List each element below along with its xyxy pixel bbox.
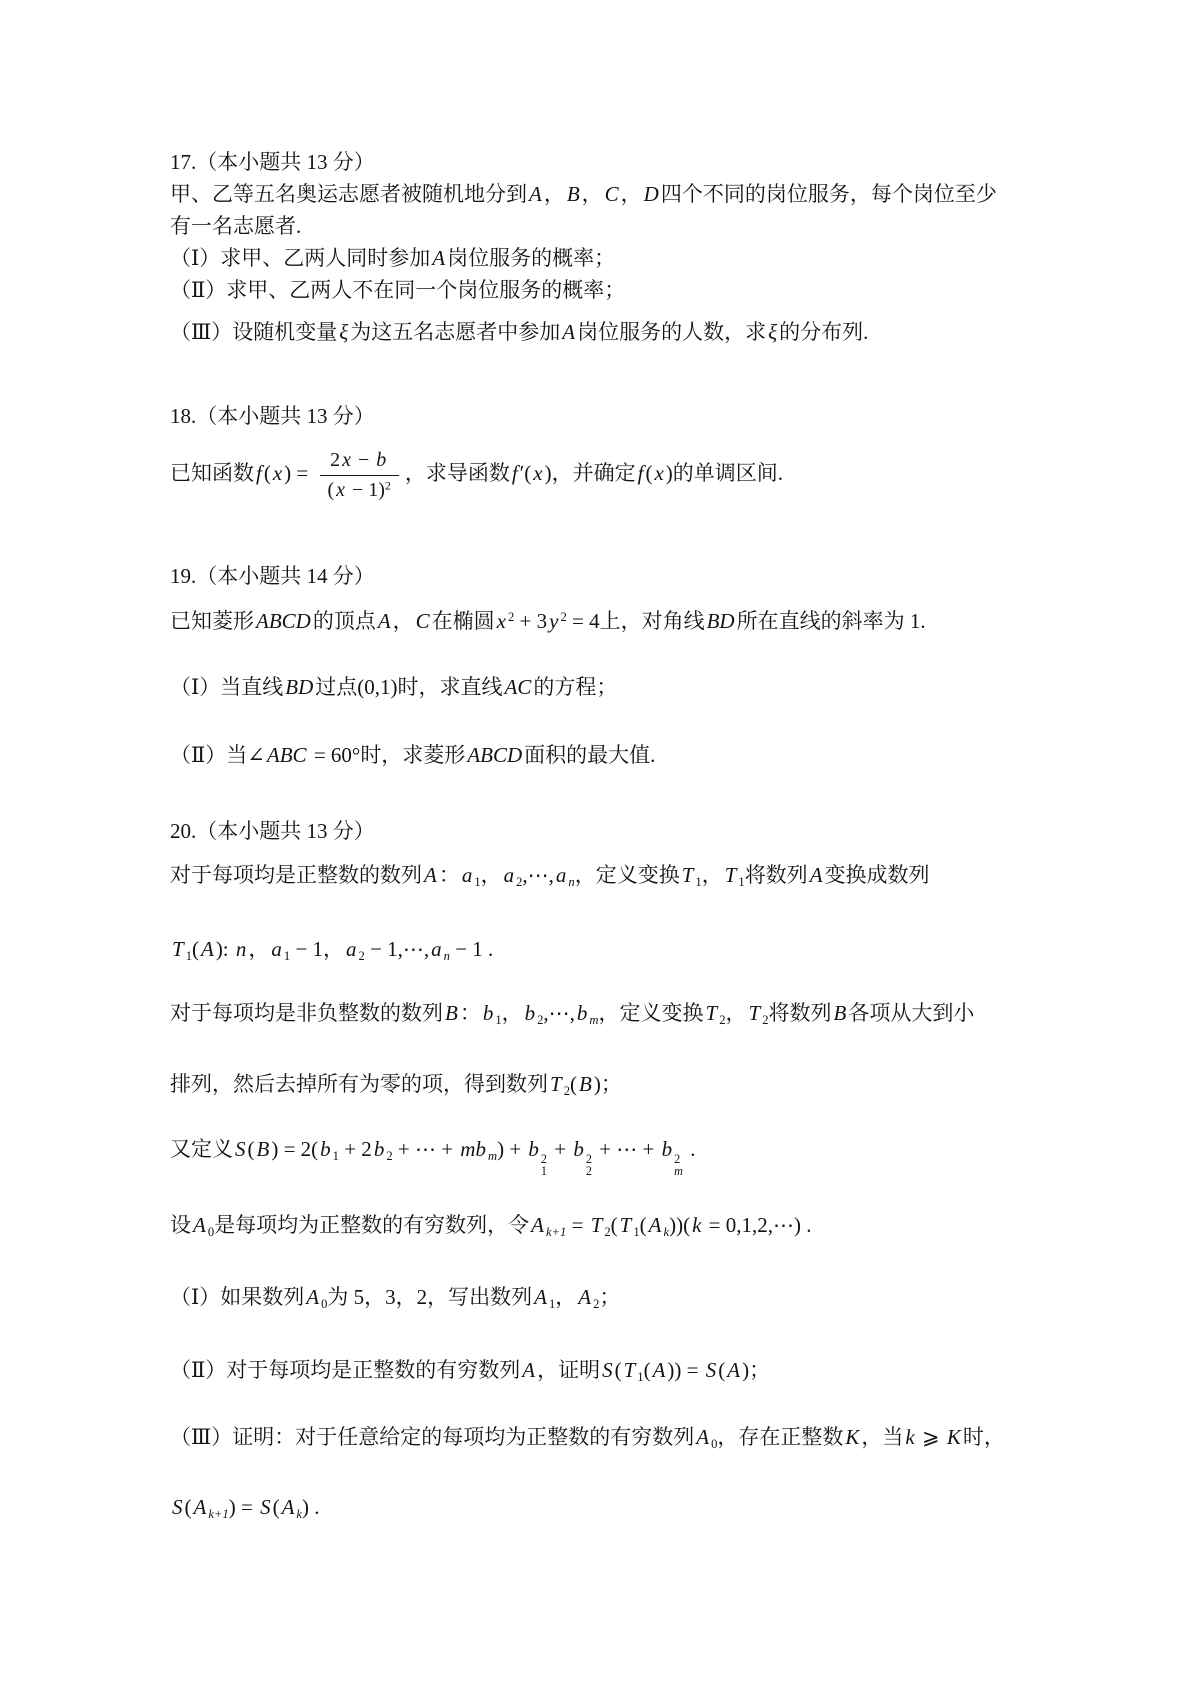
q20-heading: 20.（本小题共 13 分） (170, 815, 1160, 847)
q17-line-intro-1: 甲、乙等五名奥运志愿者被随机地分到A，B，C，D四个不同的岗位服务，每个岗位至少 (170, 178, 1160, 210)
q19-part-2: （Ⅱ）当∠ABC = 60°时，求菱形ABCD面积的最大值. (170, 739, 1160, 771)
q17-part-3: （Ⅲ）设随机变量ξ为这五名志愿者中参加A岗位服务的人数，求ξ的分布列. (170, 316, 1160, 348)
q20-part-2: （Ⅱ）对于每项均是正整数的有穷数列A，证明S(T1(A)) = S(A)； (170, 1354, 1160, 1393)
q17-part-2: （Ⅱ）求甲、乙两人不在同一个岗位服务的概率； (170, 274, 1160, 306)
q18-heading: 18.（本小题共 13 分） (170, 400, 1160, 432)
q20-line-t2: 排列，然后去掉所有为零的项，得到数列T2(B)； (170, 1068, 1160, 1107)
q19-line-intro: 已知菱形ABCD的顶点A，C在椭圆x2 + 3y2 = 4上，对角线BD所在直线… (170, 601, 1160, 637)
q20-line-def-b: 对于每项均是非负整数的数列B：b1，b2,⋯,bm，定义变换T2，T2将数列B各… (170, 997, 1160, 1036)
q17-line-intro-2: 有一名志愿者. (170, 210, 1160, 242)
q20-line-t1: T1(A): n，a1 − 1，a2 − 1,⋯,an − 1 . (170, 933, 1160, 972)
q17-heading: 17.（本小题共 13 分） (170, 146, 1160, 178)
q20-line-def-a: 对于每项均是正整数的数列A：a1，a2,⋯,an，定义变换T1，T1将数列A变换… (170, 859, 1160, 898)
exam-document-page: 17.（本小题共 13 分） 甲、乙等五名奥运志愿者被随机地分到A，B，C，D四… (0, 0, 1200, 1698)
question-17: 17.（本小题共 13 分） 甲、乙等五名奥运志愿者被随机地分到A，B，C，D四… (170, 146, 1160, 348)
q19-part-1: （Ⅰ）当直线BD过点(0,1)时，求直线AC的方程； (170, 671, 1160, 703)
q19-heading: 19.（本小题共 14 分） (170, 560, 1160, 592)
document-content: 17.（本小题共 13 分） 甲、乙等五名奥运志愿者被随机地分到A，B，C，D四… (0, 0, 1200, 1530)
q20-part-1: （Ⅰ）如果数列A0为 5，3，2，写出数列A1，A2； (170, 1281, 1160, 1320)
question-19: 19.（本小题共 14 分） 已知菱形ABCD的顶点A，C在椭圆x2 + 3y2… (170, 560, 1160, 771)
q18-line-body: 已知函数f(x) = 2x − b(x − 1)2，求导函数f′(x)，并确定f… (170, 432, 1160, 514)
q17-part-1: （Ⅰ）求甲、乙两人同时参加A岗位服务的概率； (170, 242, 1160, 274)
question-18: 18.（本小题共 13 分） 已知函数f(x) = 2x − b(x − 1)2… (170, 400, 1160, 514)
q20-part-3: （Ⅲ）证明：对于任意给定的每项均为正整数的有穷数列A0，存在正整数K，当k ⩾ … (170, 1421, 1160, 1460)
question-20: 20.（本小题共 13 分） 对于每项均是正整数的数列A：a1，a2,⋯,an，… (170, 815, 1160, 1530)
q20-part-3-eq: S(Ak+1) = S(Ak) . (170, 1491, 1160, 1530)
q20-line-sb: 又定义S(B) = 2(b1 + 2b2 + ⋯ + mbm) + b21 + … (170, 1133, 1160, 1178)
q20-line-a0: 设A0是每项均为正整数的有穷数列，令Ak+1 = T2(T1(Ak))(k = … (170, 1209, 1160, 1248)
